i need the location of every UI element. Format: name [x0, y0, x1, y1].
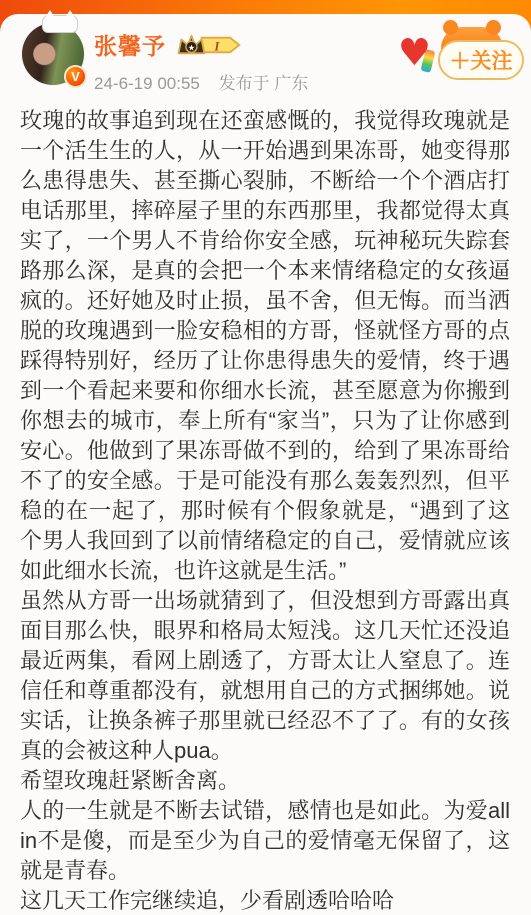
username-link[interactable]: 张馨予: [94, 28, 166, 61]
post-header: V 张馨予 I ★ 24-6-19 00:55 发布于 广东: [0, 14, 531, 98]
verified-badge-icon: V: [64, 65, 87, 88]
avatar[interactable]: V: [22, 23, 84, 85]
post-paragraph: 玫瑰的故事追到现在还蛮感慨的，我觉得玫瑰就是一个活生生的人，从一开始遇到果冻哥，…: [20, 106, 510, 586]
post-paragraph: 这几天工作完继续追，少看剧透哈哈哈: [20, 886, 510, 915]
post-paragraph: 虽然从方哥一出场就猜到了，但没想到方哥露出真面目那么快，眼界和格局太短浅。这几天…: [20, 586, 510, 766]
weibo-post-screen: V 张馨予 I ★ 24-6-19 00:55 发布于 广东: [0, 0, 531, 915]
timestamp: 24-6-19 00:55: [94, 74, 200, 93]
svg-text:I: I: [213, 39, 220, 53]
vip-level-badge: I ★: [174, 31, 242, 59]
svg-text:★: ★: [188, 43, 195, 52]
cat-accessory-icon: [42, 15, 78, 33]
post-paragraph: 希望玫瑰赶紧断舍离。: [20, 766, 510, 796]
follow-button[interactable]: ＋关注: [438, 40, 524, 80]
crown-icon: I ★: [174, 31, 242, 59]
post-text: 玫瑰的故事追到现在还蛮感慨的，我觉得玫瑰就是一个活生生的人，从一开始遇到果冻哥，…: [0, 98, 531, 915]
publish-location: 发布于 广东: [219, 74, 309, 93]
heart-icon: ♥: [398, 34, 431, 71]
post-card: V 张馨予 I ★ 24-6-19 00:55 发布于 广东: [0, 14, 531, 915]
post-paragraph: 人的一生就是不断去试错，感情也是如此。为爱all in不是傻，而是至少为自己的爱…: [20, 796, 510, 886]
